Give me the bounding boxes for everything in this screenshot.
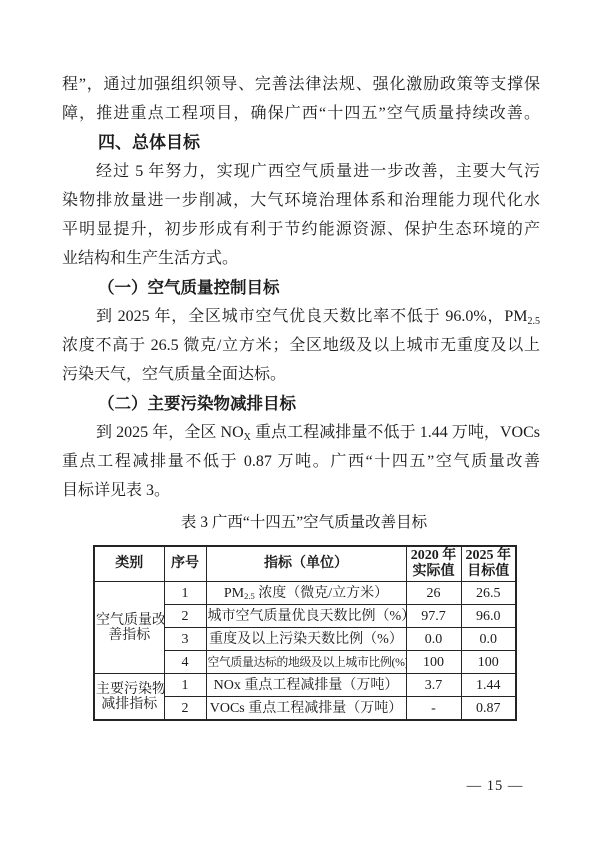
paragraph-text: 重点工程减排量不低于 1.44 万吨，VOCs: [251, 424, 540, 441]
paragraph-line: 浓度不高于 26.5 微克/立方米；全区地级及以上城市无重度及以上: [62, 331, 540, 360]
cell-category-air-quality: 空气质量改善指标: [94, 582, 164, 674]
cell-2025-value: 0.87: [461, 697, 516, 721]
cell-indicator: PM2.5 浓度（微克/立方米）: [206, 582, 406, 605]
cell-2020-value: 97.7: [406, 605, 461, 628]
subsection-heading-pollutant-reduction: （二）主要污染物减排目标: [62, 389, 540, 418]
subscript-text: 2.5: [244, 591, 255, 601]
header-2020: 2020 年实际值: [406, 546, 461, 582]
cell-2020-value: 0.0: [406, 628, 461, 651]
paragraph-line: 程”，通过加强组织领导、完善法律法规、强化激励政策等支撑保: [62, 70, 540, 99]
subsection-heading-air-quality-control: （一）空气质量控制目标: [62, 273, 540, 302]
cell-index: 4: [164, 651, 206, 674]
cell-index: 1: [164, 582, 206, 605]
header-indicator: 指标（单位）: [206, 546, 406, 582]
cell-indicator: NOx 重点工程减排量（万吨）: [206, 674, 406, 697]
table-row: 空气质量改善指标 1 PM2.5 浓度（微克/立方米） 26 26.5: [94, 582, 516, 605]
cell-category-pollutant-reduction: 主要污染物减排指标: [94, 674, 164, 721]
cell-index: 2: [164, 697, 206, 721]
paragraph-line: 障，推进重点工程项目，确保广西“十四五”空气质量持续改善。: [62, 99, 540, 128]
paragraph-line: 经过 5 年努力，实现广西空气质量进一步改善，主要大气污: [62, 157, 540, 186]
cell-indicator: 空气质量达标的地级及以上城市比例(%): [206, 651, 406, 674]
paragraph-line: 到 2025 年，全区城市空气优良天数比率不低于 96.0%，PM2.5: [62, 302, 540, 331]
header-2025: 2025 年目标值: [461, 546, 516, 582]
table-caption: 表 3 广西“十四五”空气质量改善目标: [93, 510, 515, 532]
cell-2025-value: 96.0: [461, 605, 516, 628]
header-2020-label: 实际值: [408, 564, 460, 580]
section-heading-overall-goals: 四、总体目标: [62, 128, 540, 157]
paragraph-line: 重点工程减排量不低于 0.87 万吨。广西“十四五”空气质量改善: [62, 447, 540, 476]
cell-2025-value: 0.0: [461, 628, 516, 651]
cell-index: 3: [164, 628, 206, 651]
paragraph-line: 染物排放量进一步削减，大气环境治理体系和治理能力现代化水: [62, 186, 540, 215]
paragraph-text: 到 2025 年，全区城市空气优良天数比率不低于 96.0%，PM: [96, 308, 528, 325]
table-row: 主要污染物减排指标 1 NOx 重点工程减排量（万吨） 3.7 1.44: [94, 674, 516, 697]
cell-2025-value: 100: [461, 651, 516, 674]
subscript-text: X: [244, 432, 251, 443]
cell-index: 2: [164, 605, 206, 628]
category-line: 主要污染物: [96, 682, 163, 697]
cell-indicator: 重度及以上污染天数比例（%）: [206, 628, 406, 651]
header-2025-year: 2025 年: [463, 548, 515, 564]
cell-2025-value: 26.5: [461, 582, 516, 605]
header-2025-label: 目标值: [463, 564, 515, 580]
page-number: — 15 —: [450, 778, 540, 795]
cell-indicator: VOCs 重点工程减排量（万吨）: [206, 697, 406, 721]
indicator-text: 浓度（微克/立方米）: [255, 586, 388, 601]
targets-table: 类别 序号 指标（单位） 2020 年实际值 2025 年目标值 空气质量改善指…: [93, 545, 517, 721]
paragraph-line: 业结构和生产生活方式。: [62, 244, 540, 273]
category-line: 空气质量改: [96, 613, 163, 628]
cell-2025-value: 1.44: [461, 674, 516, 697]
cell-indicator: 城市空气质量优良天数比例（%）: [206, 605, 406, 628]
table-header-row: 类别 序号 指标（单位） 2020 年实际值 2025 年目标值: [94, 546, 516, 582]
indicator-text: PM: [224, 586, 244, 601]
cell-2020-value: 26: [406, 582, 461, 605]
cell-index: 1: [164, 674, 206, 697]
header-index: 序号: [164, 546, 206, 582]
paragraph-line: 污染天气，空气质量全面达标。: [62, 360, 540, 389]
paragraph-line: 到 2025 年，全区 NOX 重点工程减排量不低于 1.44 万吨，VOCs: [62, 418, 540, 447]
category-line: 减排指标: [96, 697, 163, 712]
header-category: 类别: [94, 546, 164, 582]
document-page: 程”，通过加强组织领导、完善法律法规、强化激励政策等支撑保 障，推进重点工程项目…: [0, 0, 600, 848]
category-line: 善指标: [96, 628, 163, 643]
cell-2020-value: 3.7: [406, 674, 461, 697]
header-2020-year: 2020 年: [408, 548, 460, 564]
subscript-text: 2.5: [528, 316, 541, 327]
body-text: 程”，通过加强组织领导、完善法律法规、强化激励政策等支撑保 障，推进重点工程项目…: [62, 70, 540, 505]
paragraph-line: 目标详见表 3。: [62, 476, 540, 505]
paragraph-text: 到 2025 年，全区 NO: [96, 424, 244, 441]
cell-2020-value: -: [406, 697, 461, 721]
cell-2020-value: 100: [406, 651, 461, 674]
paragraph-line: 平明显提升，初步形成有利于节约能源资源、保护生态环境的产: [62, 215, 540, 244]
